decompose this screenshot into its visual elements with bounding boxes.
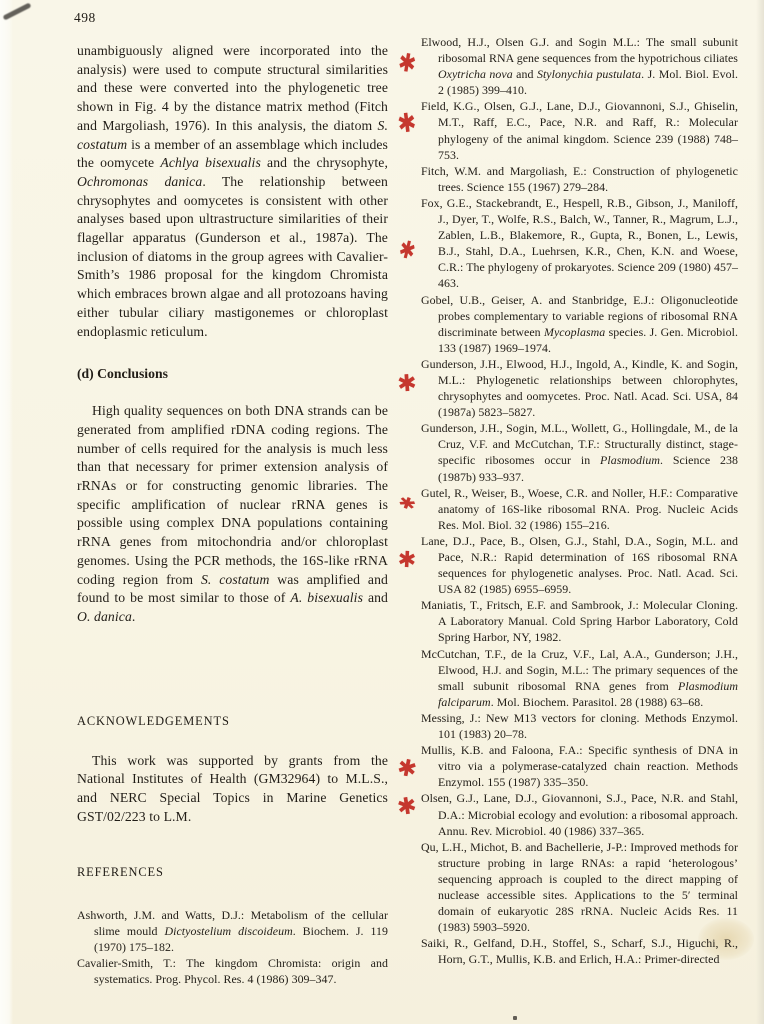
reference-text: Olsen, G.J., Lane, D.J., Giovannoni, S.J… — [421, 791, 738, 837]
references-list-left: Ashworth, J.M. and Watts, D.J.: Metaboli… — [77, 907, 388, 987]
reference-entry: Gobel, U.B., Geiser, A. and Stanbridge, … — [421, 292, 738, 356]
body-paragraph-continued: unambiguously aligned were incorporated … — [77, 42, 388, 341]
reference-text: Cavalier-Smith, T.: The kingdom Chromist… — [77, 956, 388, 986]
reference-text: Fitch, W.M. and Margoliash, E.: Construc… — [421, 164, 738, 194]
red-asterisk-annotation: ✱ — [392, 110, 421, 139]
red-asterisk-annotation: ✱ — [394, 373, 419, 395]
reference-entry: Ashworth, J.M. and Watts, D.J.: Metaboli… — [77, 907, 388, 955]
red-asterisk-annotation: ✱ — [394, 549, 419, 570]
references-heading: REFERENCES — [77, 864, 388, 880]
scan-edge-right — [756, 0, 764, 1024]
reference-entry: ✱ Lane, D.J., Pace, B., Olsen, G.J., Sta… — [421, 533, 738, 597]
reference-entry: ✱ Gunderson, J.H., Elwood, H.J., Ingold,… — [421, 356, 738, 420]
scan-edge-left — [0, 0, 13, 1024]
red-asterisk-annotation: ✱ — [393, 237, 421, 266]
reference-text: McCutchan, T.F., de la Cruz, V.F., Lal, … — [421, 647, 738, 709]
reference-text: Gunderson, J.H., Elwood, H.J., Ingold, A… — [421, 357, 738, 419]
reference-entry: Saiki, R., Gelfand, D.H., Stoffel, S., S… — [421, 935, 738, 967]
conclusions-paragraph: High quality sequences on both DNA stran… — [77, 402, 388, 626]
printer-dot — [513, 1016, 517, 1020]
red-asterisk-annotation: ✱ — [393, 50, 422, 79]
reference-entry: McCutchan, T.F., de la Cruz, V.F., Lal, … — [421, 646, 738, 710]
reference-entry: Messing, J.: New M13 vectors for cloning… — [421, 710, 738, 742]
reference-text: Gunderson, J.H., Sogin, M.L., Wollett, G… — [421, 421, 738, 483]
reference-text: Saiki, R., Gelfand, D.H., Stoffel, S., S… — [421, 936, 738, 966]
acknowledgements-paragraph: This work was supported by grants from t… — [77, 752, 388, 827]
references-list-right: ✱ Elwood, H.J., Olsen G.J. and Sogin M.L… — [421, 34, 738, 967]
reference-text: Field, K.G., Olsen, G.J., Lane, D.J., Gi… — [421, 99, 738, 161]
reference-text: Gobel, U.B., Geiser, A. and Stanbridge, … — [421, 293, 738, 355]
reference-text: Ashworth, J.M. and Watts, D.J.: Metaboli… — [77, 908, 388, 954]
reference-entry: ✱ Elwood, H.J., Olsen G.J. and Sogin M.L… — [421, 34, 738, 98]
red-asterisk-annotation: ✱ — [390, 490, 424, 517]
scanned-paper-page: 498 unambiguously aligned were incorpora… — [0, 0, 764, 1024]
red-asterisk-annotation: ✱ — [394, 796, 421, 820]
reference-entry: Fitch, W.M. and Margoliash, E.: Construc… — [421, 163, 738, 195]
reference-entry: Maniatis, T., Fritsch, E.F. and Sambrook… — [421, 597, 738, 645]
reference-text: Lane, D.J., Pace, B., Olsen, G.J., Stahl… — [421, 534, 738, 596]
reference-entry: Gunderson, J.H., Sogin, M.L., Wollett, G… — [421, 420, 738, 484]
reference-entry: Qu, L.H., Michot, B. and Bachellerie, J-… — [421, 839, 738, 936]
acknowledgements-heading: ACKNOWLEDGEMENTS — [77, 713, 388, 729]
left-column: unambiguously aligned were incorporated … — [77, 42, 388, 987]
reference-text: Fox, G.E., Stackebrandt, E., Hespell, R.… — [421, 196, 738, 290]
reference-text: Messing, J.: New M13 vectors for cloning… — [421, 711, 738, 741]
reference-entry: ✱ Field, K.G., Olsen, G.J., Lane, D.J., … — [421, 98, 738, 162]
conclusions-heading: (d) Conclusions — [77, 365, 388, 383]
reference-text: Maniatis, T., Fritsch, E.F. and Sambrook… — [421, 598, 738, 644]
reference-text: Gutel, R., Weiser, B., Woese, C.R. and N… — [421, 486, 738, 532]
reference-entry: ✱ Mullis, K.B. and Faloona, F.A.: Specif… — [421, 742, 738, 790]
reference-text: Elwood, H.J., Olsen G.J. and Sogin M.L.:… — [421, 35, 738, 97]
right-column: ✱ Elwood, H.J., Olsen G.J. and Sogin M.L… — [421, 34, 738, 967]
red-asterisk-annotation: ✱ — [393, 757, 420, 781]
reference-entry: ✱ Olsen, G.J., Lane, D.J., Giovannoni, S… — [421, 790, 738, 838]
page-number: 498 — [74, 10, 96, 26]
reference-entry: Cavalier-Smith, T.: The kingdom Chromist… — [77, 955, 388, 987]
reference-text: Mullis, K.B. and Faloona, F.A.: Specific… — [421, 743, 738, 789]
reference-text: Qu, L.H., Michot, B. and Bachellerie, J-… — [421, 840, 738, 934]
reference-entry: ✱ Fox, G.E., Stackebrandt, E., Hespell, … — [421, 195, 738, 292]
reference-entry: ✱ Gutel, R., Weiser, B., Woese, C.R. and… — [421, 485, 738, 533]
